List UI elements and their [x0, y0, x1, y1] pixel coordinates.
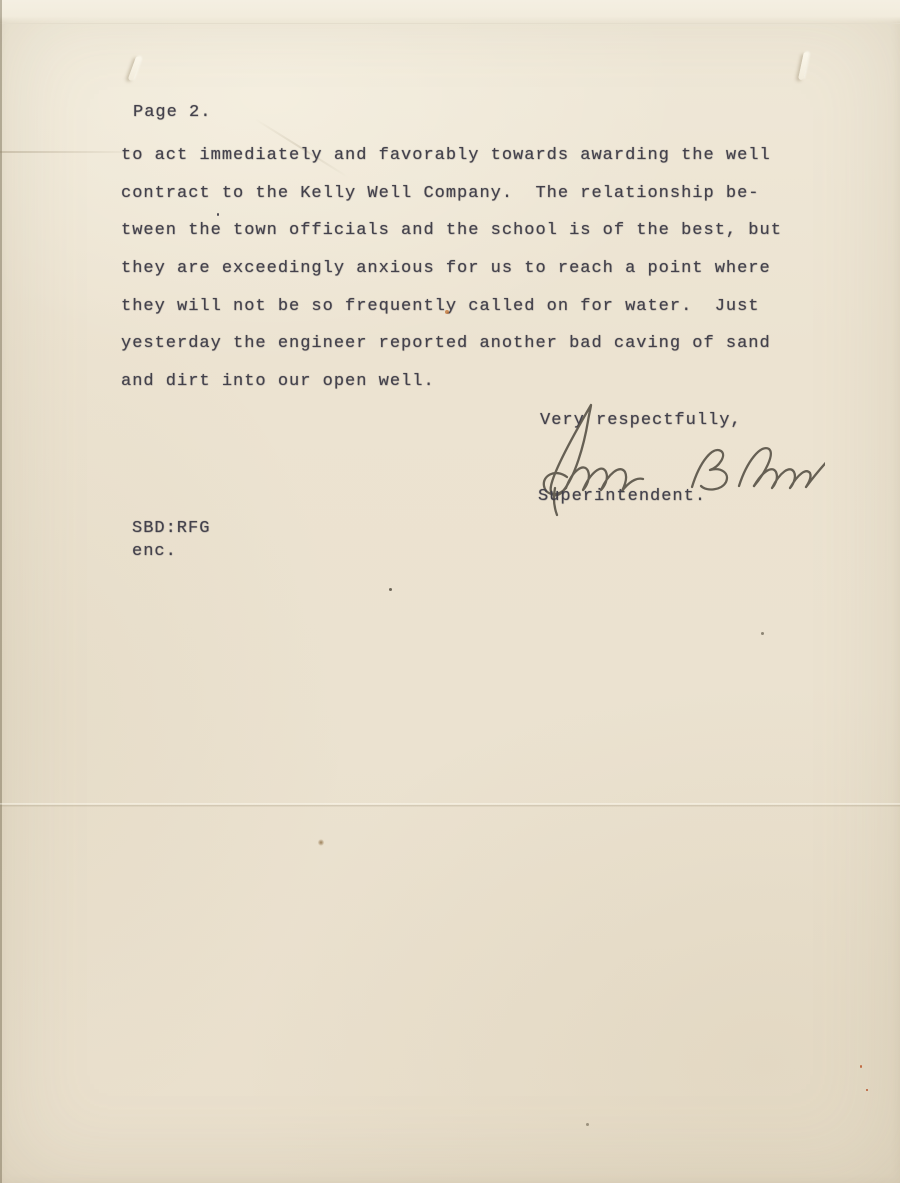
- staple-mark-right: [798, 52, 809, 80]
- reference-block: SBD:RFG enc.: [132, 518, 210, 563]
- typist-initials: SBD:RFG: [132, 519, 210, 538]
- body-line: they will not be so frequently called on…: [121, 297, 782, 335]
- page-number-label: Page 2.: [133, 103, 211, 122]
- paper-speck: [445, 310, 449, 314]
- body-line: they are exceedingly anxious for us to r…: [121, 259, 782, 297]
- staple-mark-left: [128, 56, 141, 81]
- paper-left-edge: [0, 0, 2, 1183]
- paper-speck: [217, 213, 219, 216]
- paper-speck: [866, 1089, 868, 1091]
- paper-speck: [586, 1123, 589, 1126]
- paper-stain: [318, 839, 324, 846]
- letter-page: Page 2. to act immediately and favorably…: [0, 0, 900, 1183]
- signed-title: Superintendent.: [538, 487, 706, 506]
- paper-speck: [389, 588, 392, 591]
- paper-speck: [761, 632, 764, 635]
- paper-speck: [860, 1065, 862, 1068]
- enclosure-note: enc.: [132, 542, 177, 561]
- body-line: yesterday the engineer reported another …: [121, 334, 782, 372]
- paper-top-edge: [0, 0, 900, 24]
- body-line: contract to the Kelly Well Company. The …: [121, 184, 782, 222]
- body-line: tween the town officials and the school …: [121, 221, 782, 259]
- fold-crease: [0, 803, 900, 807]
- body-line: to act immediately and favorably towards…: [121, 146, 782, 184]
